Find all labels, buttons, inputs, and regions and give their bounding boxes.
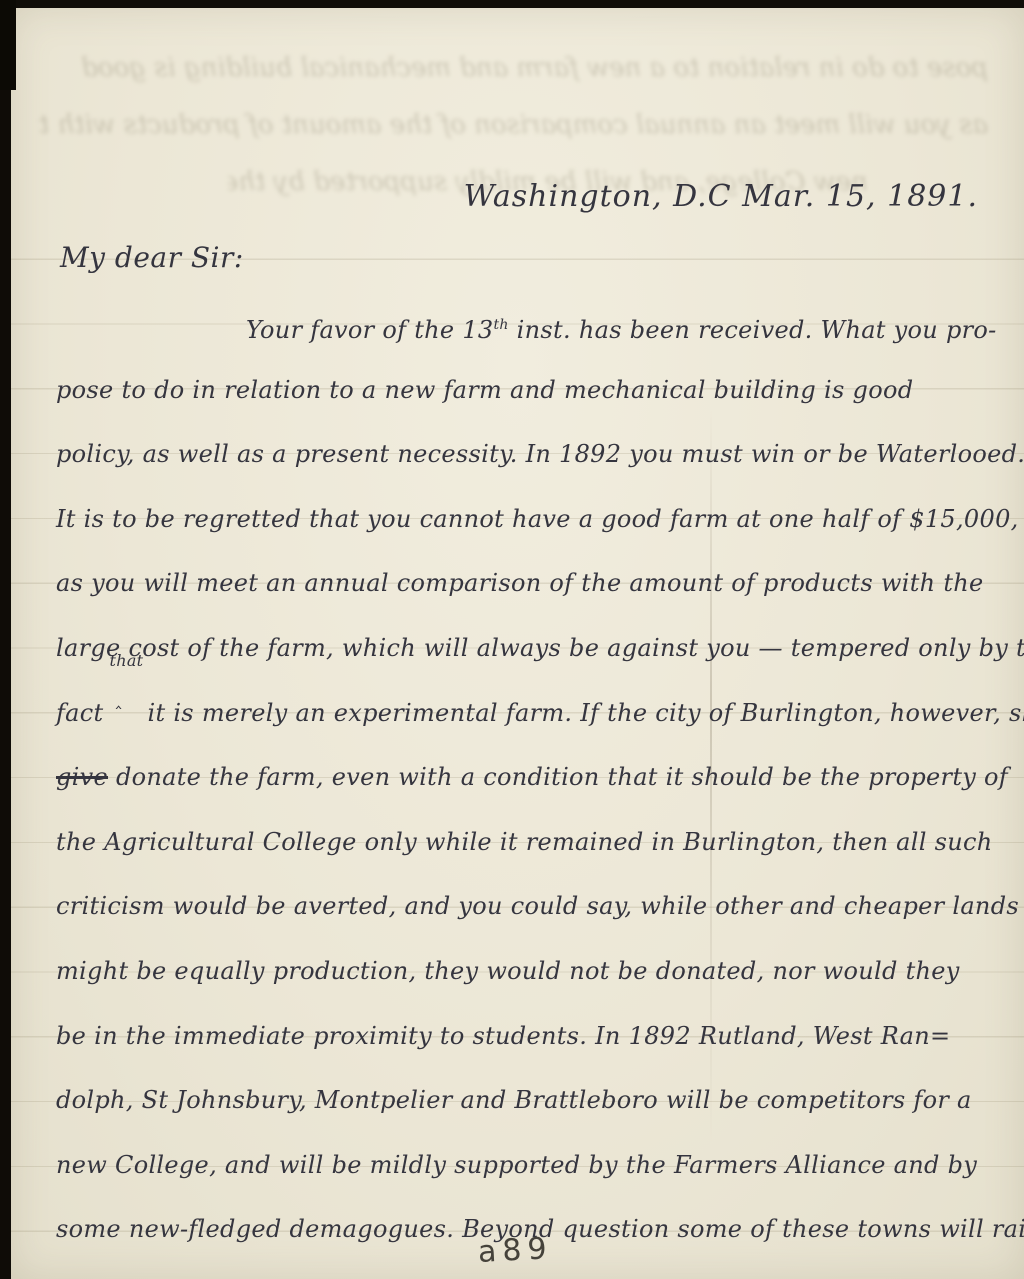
bleedthrough-line: as you will meet an annual comparison of… xyxy=(38,110,988,167)
body-line-8: give donate the farm, even with a condit… xyxy=(56,745,1016,810)
archival-page-number: a89 xyxy=(477,1231,553,1270)
salutation: My dear Sir: xyxy=(60,241,244,274)
body-line-14: new College, and will be mildly supporte… xyxy=(56,1133,1016,1198)
letter-paper: pose to do in relation to a new farm and… xyxy=(10,7,1024,1279)
scan-edge-corner xyxy=(0,0,16,90)
body-line-7: factthat‸it is merely an experimental fa… xyxy=(56,681,1016,746)
inserted-word: that xyxy=(109,653,143,669)
body-line-9: the Agricultural College only while it r… xyxy=(56,810,1016,875)
bleedthrough-line: pose to do in relation to a new farm and… xyxy=(38,53,988,110)
body-line-11: might be equally production, they would … xyxy=(56,939,1016,1004)
body-line-12: be in the immediate proximity to student… xyxy=(56,1004,1016,1069)
body-line-3: policy, as well as a present necessity. … xyxy=(56,422,1016,487)
body-line-13: dolph, St Johnsbury, Montpelier and Brat… xyxy=(56,1068,1016,1133)
body-line-5: as you will meet an annual comparison of… xyxy=(56,551,1016,616)
body-line-2: pose to do in relation to a new farm and… xyxy=(56,358,1016,423)
struck-out-word: give xyxy=(56,763,108,791)
caret-mark: ‸ xyxy=(115,691,121,709)
body-text: fact xyxy=(56,699,103,727)
body-text: Your favor of the 13 xyxy=(246,316,494,344)
scanned-letter-page: { "colors": { "paper": "#ece7d6", "ink":… xyxy=(0,0,1024,1279)
body-text: inst. has been received. What you pro- xyxy=(509,316,997,344)
dateline: Washington, D.C Mar. 15, 1891. xyxy=(464,179,978,214)
letter-body: Your favor of the 13th inst. has been re… xyxy=(56,293,1016,1262)
body-text: it is merely an experimental farm. If th… xyxy=(147,699,1024,727)
insertion-mark: that‸ xyxy=(103,697,147,721)
body-line-4: It is to be regretted that you cannot ha… xyxy=(56,487,1016,552)
body-line-10: criticism would be averted, and you coul… xyxy=(56,874,1016,939)
body-line-6: large cost of the farm, which will alway… xyxy=(56,616,1016,681)
scan-edge-left xyxy=(0,0,11,1279)
scan-edge-top xyxy=(0,0,1024,8)
body-text: donate the farm, even with a condition t… xyxy=(108,763,1008,791)
ordinal-superscript: th xyxy=(494,317,509,333)
body-line-1: Your favor of the 13th inst. has been re… xyxy=(56,293,1016,358)
